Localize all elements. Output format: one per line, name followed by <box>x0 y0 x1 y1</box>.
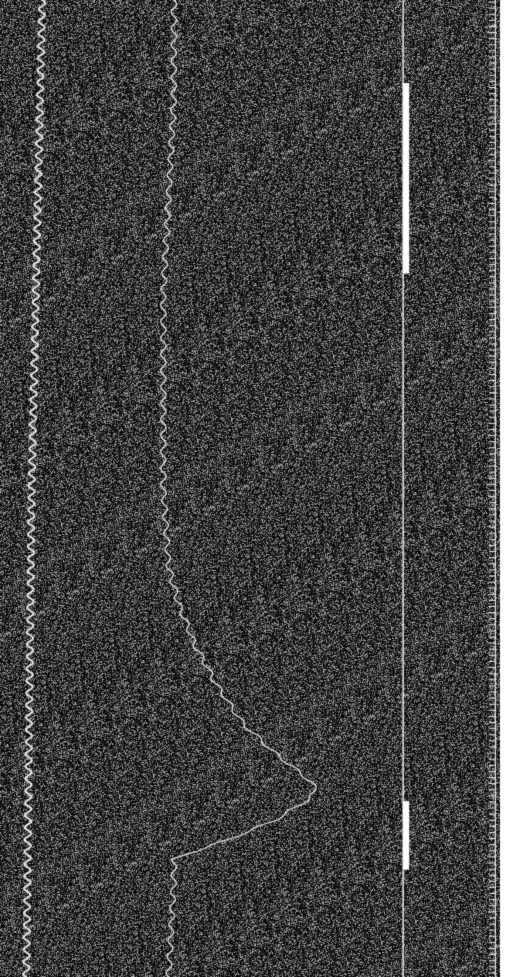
kymograph-recording <box>0 0 527 977</box>
kymograph-canvas <box>0 0 527 977</box>
